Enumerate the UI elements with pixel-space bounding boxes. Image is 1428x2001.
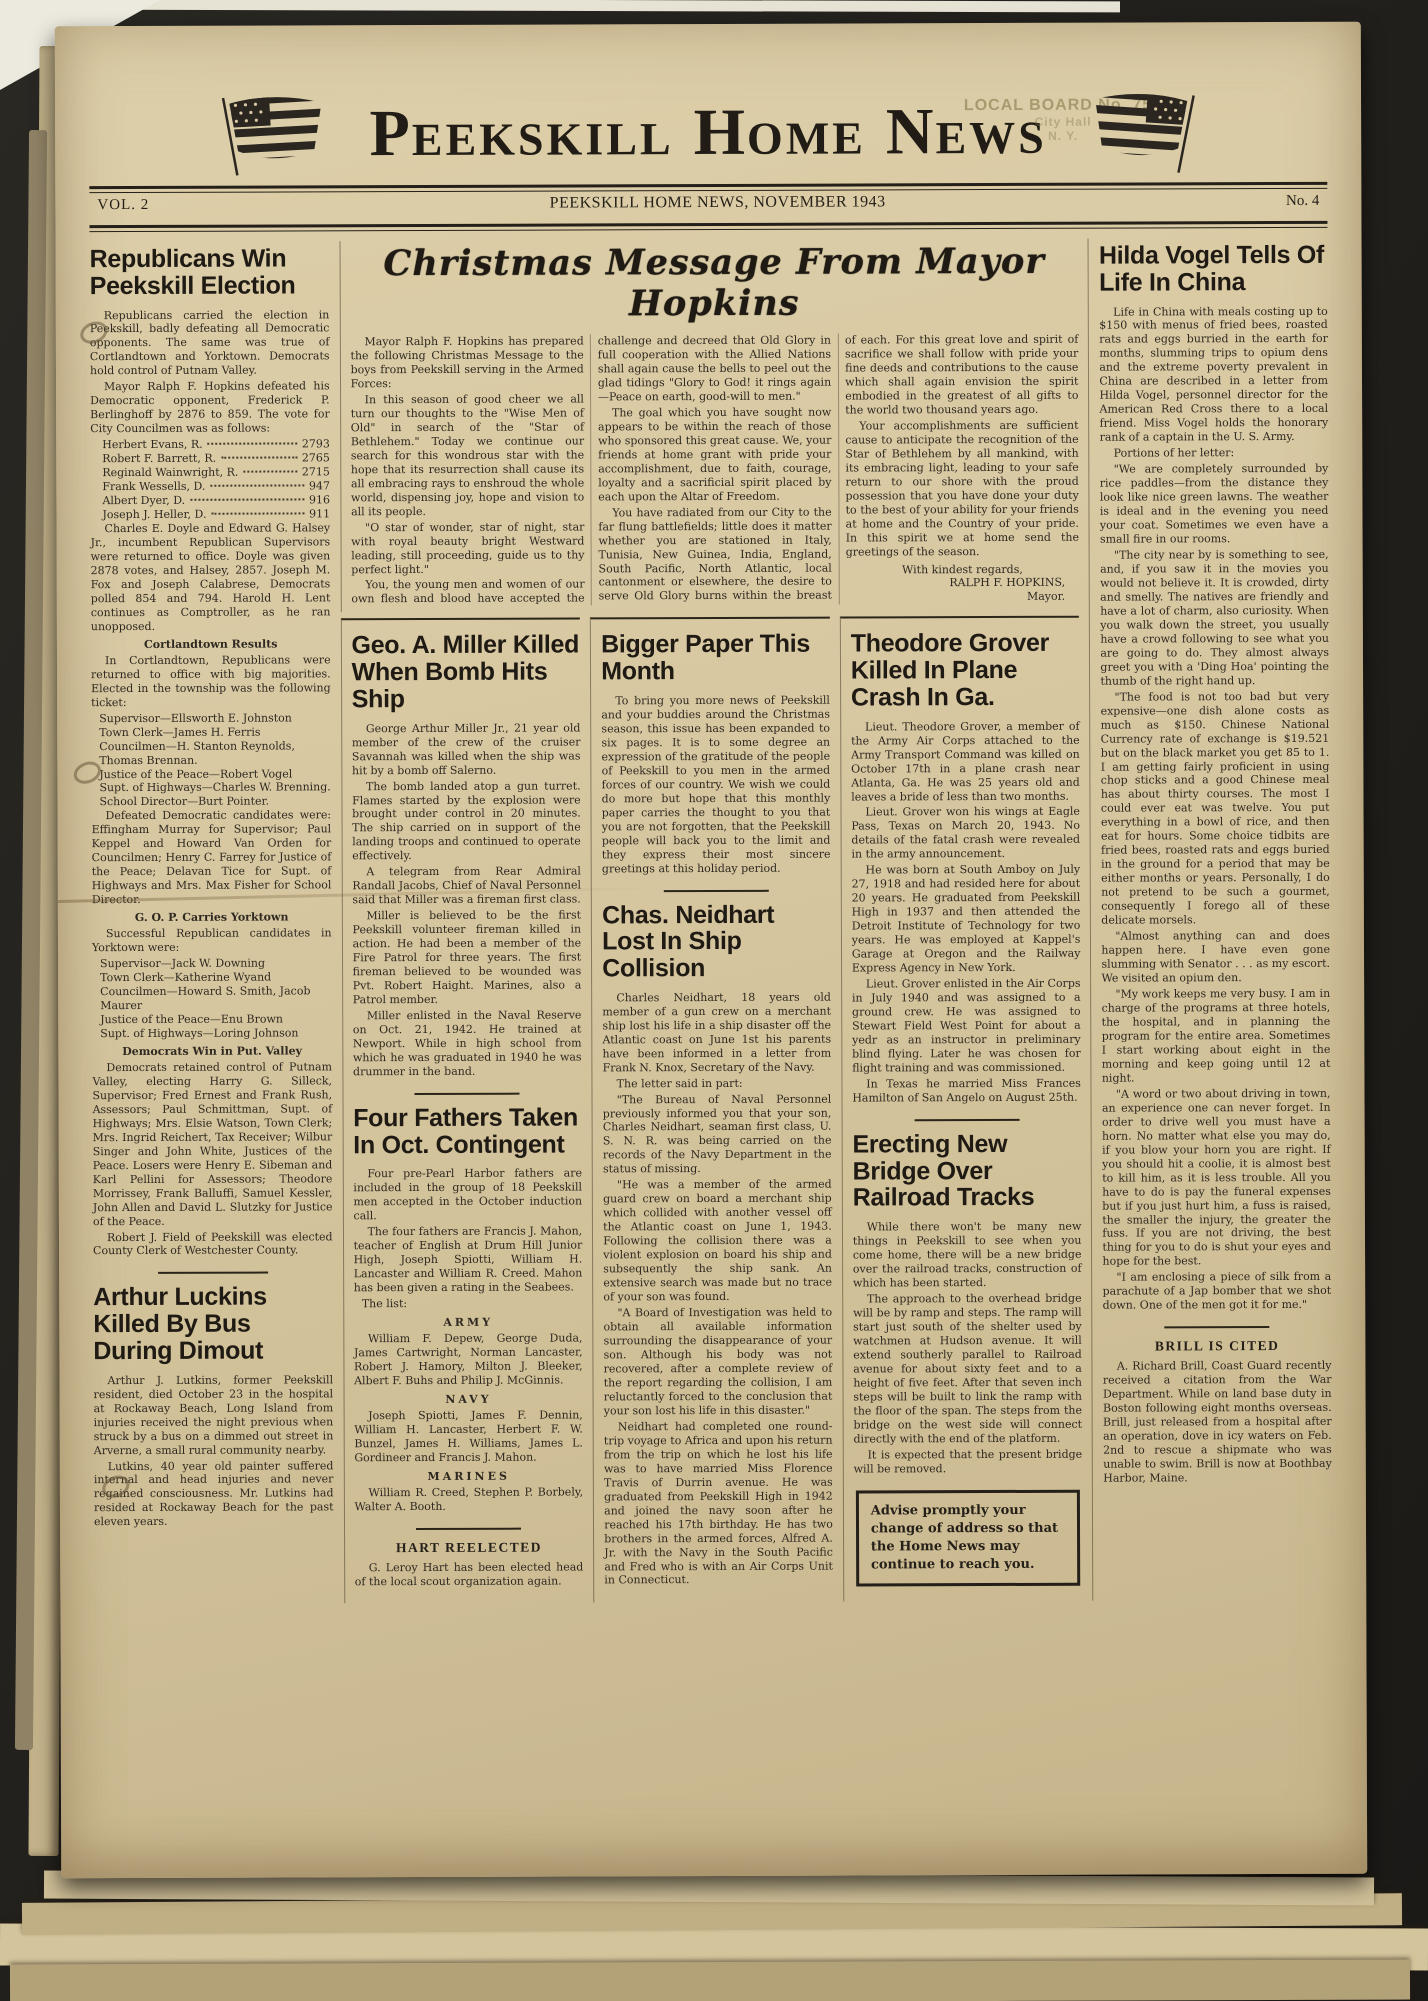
paragraph: George Arthur Miller Jr., 21 year old me… [352,721,581,778]
article-divider [1164,1326,1269,1328]
article-headline: Republicans Win Peekskill Election [90,245,330,299]
ticket-line: School Director—Burt Pointer. [99,795,331,810]
paragraph: "The food is not too bad but very expens… [1100,689,1329,927]
article-divider [158,1272,268,1274]
article-divider [415,1093,520,1095]
us-flag-right-icon [1080,84,1213,178]
article: Bigger Paper This MonthTo bring you more… [601,631,830,876]
vote-value: 2793 [302,438,330,452]
ticket-line: Justice of the Peace—Enu Brown [100,1012,332,1027]
newspaper-stack-layer [10,1960,1410,2001]
paragraph: The bomb landed atop a gun turret. Flame… [352,779,581,864]
paragraph: "We are completely surrounded by rice pa… [1100,462,1329,547]
ticket-line: The list: [362,1297,583,1312]
vote-row: Reginald Wainwright, R.2715 [102,465,330,480]
paragraph: "A word or two about driving in town, an… [1102,1087,1331,1269]
article: Erecting New Bridge Over Railroad Tracks… [852,1119,1082,1587]
newspaper-page: LOCAL BOARD No. 752 City Hall N. Y. [55,22,1367,1879]
paragraph: A telegram from Rear Admiral Randall Jac… [352,865,581,908]
paper-title-initial: H [693,96,747,169]
paragraph: The four fathers are Francis J. Mahon, t… [354,1225,583,1296]
paragraph: Lieut. Grover won his wings at Eagle Pas… [851,805,1080,862]
vote-name: Reginald Wainwright, R. [102,466,238,480]
article: Republicans Win Peekskill ElectionRepubl… [90,245,333,1258]
paragraph: In Cortlandtown, Republicans were return… [91,653,331,710]
paragraph: "I am enclosing a piece of silk from a p… [1103,1270,1332,1313]
article-headline: Bigger Paper This Month [601,631,830,685]
vote-row: Albert Dyer, D.916 [102,493,330,508]
article: Geo. A. Miller Killed When Bomb Hits Shi… [351,632,581,1079]
paragraph: In this season of good cheer we all turn… [351,392,585,519]
article: BRILL IS CITEDA. Richard Brill, Coast Gu… [1103,1326,1332,1486]
paragraph: Charles E. Doyle and Edward G. Halsey Jr… [91,521,331,634]
paragraph: He was born at South Amboy on July 27, 1… [851,863,1080,976]
vote-row: Robert F. Barrett, R.2765 [102,452,330,467]
vote-value: 2765 [302,452,330,466]
paragraph: Lutkins, 40 year old painter suffered in… [94,1459,334,1530]
paragraph: Successful Republican candidates in York… [92,926,332,955]
paragraph: Charles Neidhart, 18 years old member of… [602,990,831,1075]
column-1: Republicans Win Peekskill ElectionRepubl… [90,241,334,1603]
paper-title-word: HOME [694,124,866,161]
paragraph: "He was a member of the armed guard crew… [603,1178,832,1305]
paragraph: Neidhart had completed one round-trip vo… [604,1419,833,1587]
paper-title-rest: OME [747,112,866,163]
paragraph: While there won't be many new things in … [853,1220,1082,1291]
subhead: Democrats Win in Put. Valley [92,1044,332,1059]
paragraph: "Almost anything can and does happen her… [1101,929,1330,986]
paragraph: Mayor Ralph F. Hopkins defeated his Demo… [90,380,330,437]
article: Hilda Vogel Tells Of Life In ChinaLife i… [1099,242,1331,1313]
paragraph: Four pre-Pearl Harbor fathers are includ… [353,1167,582,1224]
paragraph: G. Leroy Hart has been elected head of t… [355,1560,584,1589]
paragraph: Lieut. Theodore Grover, a member of the … [851,719,1080,804]
article-headline: BRILL IS CITED [1103,1338,1332,1355]
vote-value: 911 [309,507,330,521]
article-headline: HART REELECTED [355,1539,584,1556]
ticket-line: Justice of the Peace—Robert Vogel [99,767,331,782]
paragraph: Defeated Democratic candidates were: Eff… [92,809,332,908]
paragraph: Portions of her letter: [1100,446,1329,461]
issue-number: No. 4 [1286,193,1319,210]
paragraph: William F. Depew, George Duda, James Car… [354,1331,583,1388]
vote-row: Frank Wessells, D.947 [102,479,330,494]
ticket-line: Supervisor—Jack W. Downing [100,956,332,971]
dateline: PEEKSKILL HOME NEWS, NOVEMBER 1943 [550,193,886,212]
paragraph: The approach to the overhead bridge will… [853,1292,1082,1446]
paragraph: Your accomplishments are sufficient caus… [845,419,1079,560]
paragraph: It is expected that the present bridge w… [854,1447,1083,1476]
paragraph: "My work keeps me very busy. I am in cha… [1102,987,1331,1086]
vote-leader [211,512,304,514]
list-heading: ARMY [354,1316,583,1331]
ticket-line: Town Clerk—James H. Ferris [99,725,331,740]
vote-leader [243,471,297,473]
subhead: G. O. P. Carries Yorktown [92,911,332,926]
us-flag-left-icon [203,88,336,181]
page-columns: Republicans Win Peekskill ElectionRepubl… [90,238,1333,1604]
paragraph: "The city near by is something to see, a… [1100,548,1329,688]
ticket-line: Supervisor—Ellsworth E. Johnston [99,711,331,726]
paragraph: The goal which you have sought now appea… [598,405,832,504]
article-headline: Four Fathers Taken In Oct. Contingent [353,1104,582,1158]
signature-line: Mayor. [846,590,1079,605]
vote-name: Albert Dyer, D. [102,494,185,508]
article: Theodore Grover Killed In Plane Crash In… [851,630,1081,1105]
article-headline: Arthur Luckins Killed By Bus During Dimo… [93,1284,333,1365]
vote-value: 916 [309,493,330,507]
paragraph: "A Board of Investigation was held to ob… [603,1306,832,1419]
signature-line: RALPH F. HOPKINS, [846,576,1079,591]
paper-title-initial: P [369,97,412,170]
column-5: Hilda Vogel Tells Of Life In ChinaLife i… [1088,238,1332,1600]
paragraph: In Texas he married Miss Frances Hamilto… [852,1077,1081,1106]
christmas-message-body: Mayor Ralph F. Hopkins has prepared the … [350,333,1079,613]
article-divider [416,1527,521,1529]
dateband-rule [89,221,1327,232]
paragraph: The letter said in part: [603,1076,832,1091]
christmas-message-article: Christmas Message From Mayor Hopkins May… [339,239,1079,613]
paragraph: A. Richard Brill, Coast Guard recently r… [1103,1359,1332,1486]
vote-name: Frank Wessells, D. [102,480,205,494]
paper-title-word: PEEKSKILL [369,125,673,162]
paragraph: Robert J. Field of Peekskill was elected… [93,1230,333,1259]
dateband: VOL. 2 PEEKSKILL HOME NEWS, NOVEMBER 194… [89,189,1327,217]
vote-name: Robert F. Barrett, R. [102,452,216,466]
article-headline: Chas. Neidhart Lost In Ship Collision [602,901,831,982]
article-headline: Erecting New Bridge Over Railroad Tracks [852,1131,1081,1212]
volume-label: VOL. 2 [97,197,149,214]
notice-box: Advise promptly your change of address s… [856,1489,1081,1587]
paragraph: Republicans carried the election in Peek… [90,308,330,379]
paragraph: Miller enlisted in the Naval Reserve on … [353,1008,582,1079]
vote-name: Joseph J. Heller, D. [102,508,206,522]
article-divider [914,1119,1019,1121]
article-headline: Geo. A. Miller Killed When Bomb Hits Shi… [351,632,580,713]
paragraph: Life in China with meals costing up to $… [1099,304,1328,444]
paper-title-rest: EEKSKILL [412,113,674,165]
vote-leader [208,443,297,445]
vote-leader [190,499,304,501]
vote-value: 2715 [302,465,330,479]
vote-leader [221,457,297,459]
ticket-line: Supt. of Highways—Charles W. Brenning. [99,781,331,796]
paragraph: Mayor Ralph F. Hopkins has prepared the … [350,334,583,391]
paragraph: William R. Creed, Stephen P. Borbely, Wa… [354,1485,583,1514]
ticket-line: Town Clerk—Katherine Wyand [100,970,332,985]
article: Four Fathers Taken In Oct. ContingentFou… [353,1092,583,1514]
paragraph: Miller is believed to be the first Peeks… [352,909,581,1008]
paragraph: Lieut. Grover enlisted in the Air Corps … [852,977,1081,1076]
column-3: Bigger Paper This MonthTo bring you more… [590,617,833,1602]
vote-leader [210,485,304,487]
background-paper-edge [70,0,1120,12]
vote-name: Herbert Evans, R. [102,438,202,452]
vote-value: 947 [309,479,330,493]
paragraph: To bring you more news of Peekskill and … [601,693,830,875]
list-heading: NAVY [354,1392,583,1407]
article-headline: Hilda Vogel Tells Of Life In China [1099,242,1328,296]
article: HART REELECTEDG. Leroy Hart has been ele… [355,1527,584,1589]
paragraph: "The Bureau of Naval Personnel previousl… [603,1092,832,1177]
subhead: Cortlandtown Results [91,637,331,652]
paragraph: Democrats retained control of Putnam Val… [92,1060,332,1228]
ticket-line: Councilmen—H. Stanton Reynolds, Thomas B… [99,739,331,768]
signature-line: With kindest regards, [846,562,1079,577]
paragraph: "O star of wonder, star of night, star w… [351,520,584,577]
column-2: Geo. A. Miller Killed When Bomb Hits Shi… [340,618,583,1603]
ticket-line: Supt. of Highways—Loring Johnson [100,1026,332,1041]
article: Arthur Luckins Killed By Bus During Dimo… [93,1272,333,1530]
list-heading: MARINES [354,1469,583,1484]
vote-row: Herbert Evans, R.2793 [102,438,330,453]
column-4: Theodore Grover Killed In Plane Crash In… [840,616,1083,1601]
article-divider [664,889,769,891]
masthead: PEEKSKILLHOMENEWS [89,22,1328,178]
vote-row: Joseph J. Heller, D.911 [102,507,330,522]
photo-backdrop: LOCAL BOARD No. 752 City Hall N. Y. [0,0,1428,2001]
article-headline: Theodore Grover Killed In Plane Crash In… [851,630,1080,711]
article: Chas. Neidhart Lost In Ship CollisionCha… [602,889,833,1588]
ticket-line: Councilmen—Howard S. Smith, Jacob Maurer [100,984,332,1013]
article-headline: Christmas Message From Mayor Hopkins [350,241,1078,326]
paragraph: Arthur J. Lutkins, former Peekskill resi… [93,1373,333,1458]
paragraph: Joseph Spiotti, James F. Dennin, William… [354,1408,583,1465]
